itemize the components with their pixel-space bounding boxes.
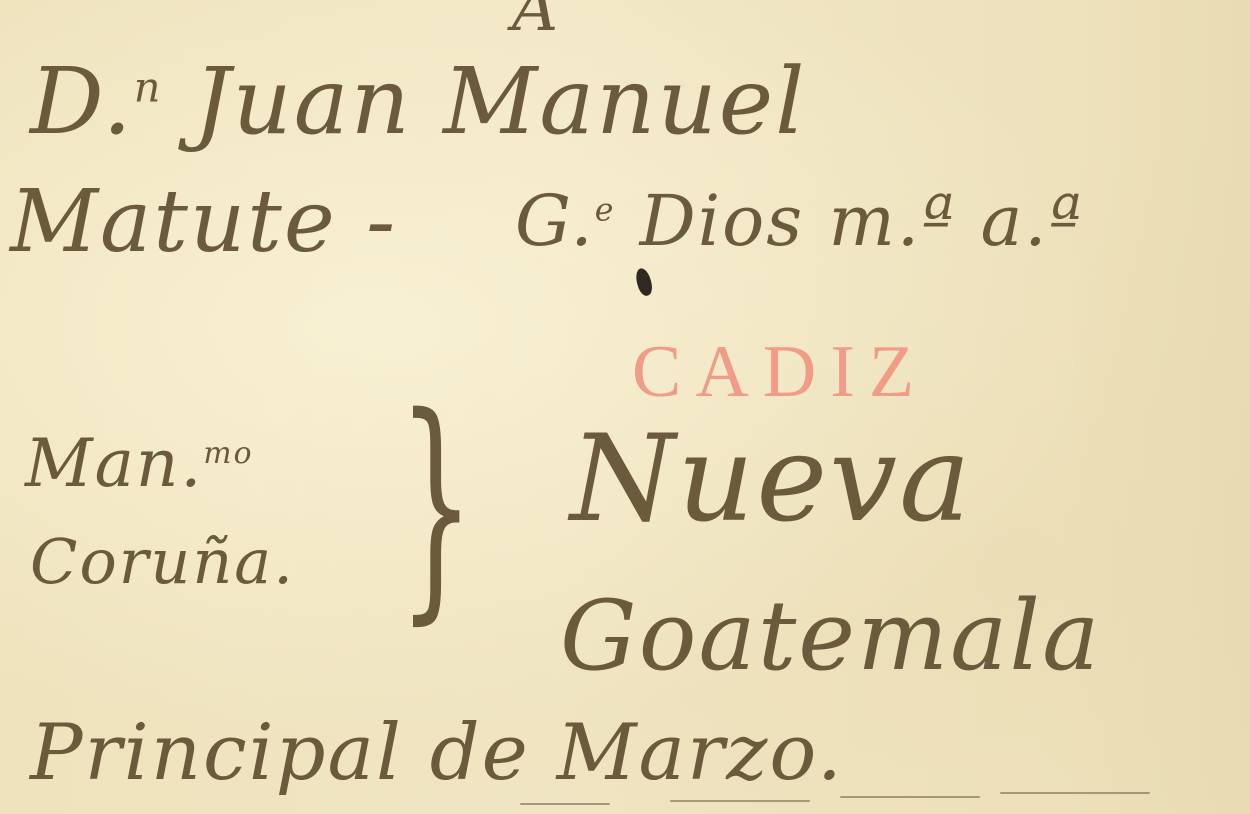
blessing-rest: Dios m.ª a.ª [640, 180, 1084, 262]
left-note-2: Coruña. [30, 525, 295, 598]
addressee-line-2: Matute - [10, 172, 397, 272]
addressee-name-2: Matute - [10, 172, 397, 272]
destination-line-2: Goatemala [560, 580, 1101, 692]
salutation-text: A [512, 0, 560, 46]
blessing-abbrev: G. [515, 180, 595, 262]
cadiz-postmark: CADIZ [632, 330, 928, 415]
footer-line: Principal de Marzo. [30, 708, 844, 798]
destination-line-1: Nueva [570, 410, 973, 549]
destination-2: Goatemala [560, 580, 1101, 692]
underline-stroke [1000, 792, 1150, 794]
addressee-prefix: D. [30, 48, 134, 155]
ink-blot [634, 267, 655, 298]
letter-cover: A D.n Juan Manuel Matute - G.e Dios m.ª … [0, 0, 1250, 814]
left-note-line-2: Coruña. [30, 525, 295, 598]
blessing-abbrev-sup: e [595, 193, 616, 229]
addressee-line-1: D.n Juan Manuel [30, 48, 807, 155]
curly-brace: } [398, 385, 474, 625]
left-note-line-1: Man.mo [25, 425, 253, 502]
left-note-1: Man. [25, 425, 203, 502]
underline-stroke [670, 800, 810, 802]
addressee-name-1: Juan Manuel [194, 48, 807, 155]
footer-text: Principal de Marzo. [30, 708, 844, 798]
underline-stroke [520, 803, 610, 805]
destination-1: Nueva [570, 410, 973, 549]
addressee-prefix-sup: n [134, 63, 163, 111]
left-note-1-sup: mo [203, 436, 253, 471]
salutation: A [512, 0, 560, 46]
blessing-line: G.e Dios m.ª a.ª [515, 180, 1084, 262]
underline-stroke [840, 796, 980, 798]
